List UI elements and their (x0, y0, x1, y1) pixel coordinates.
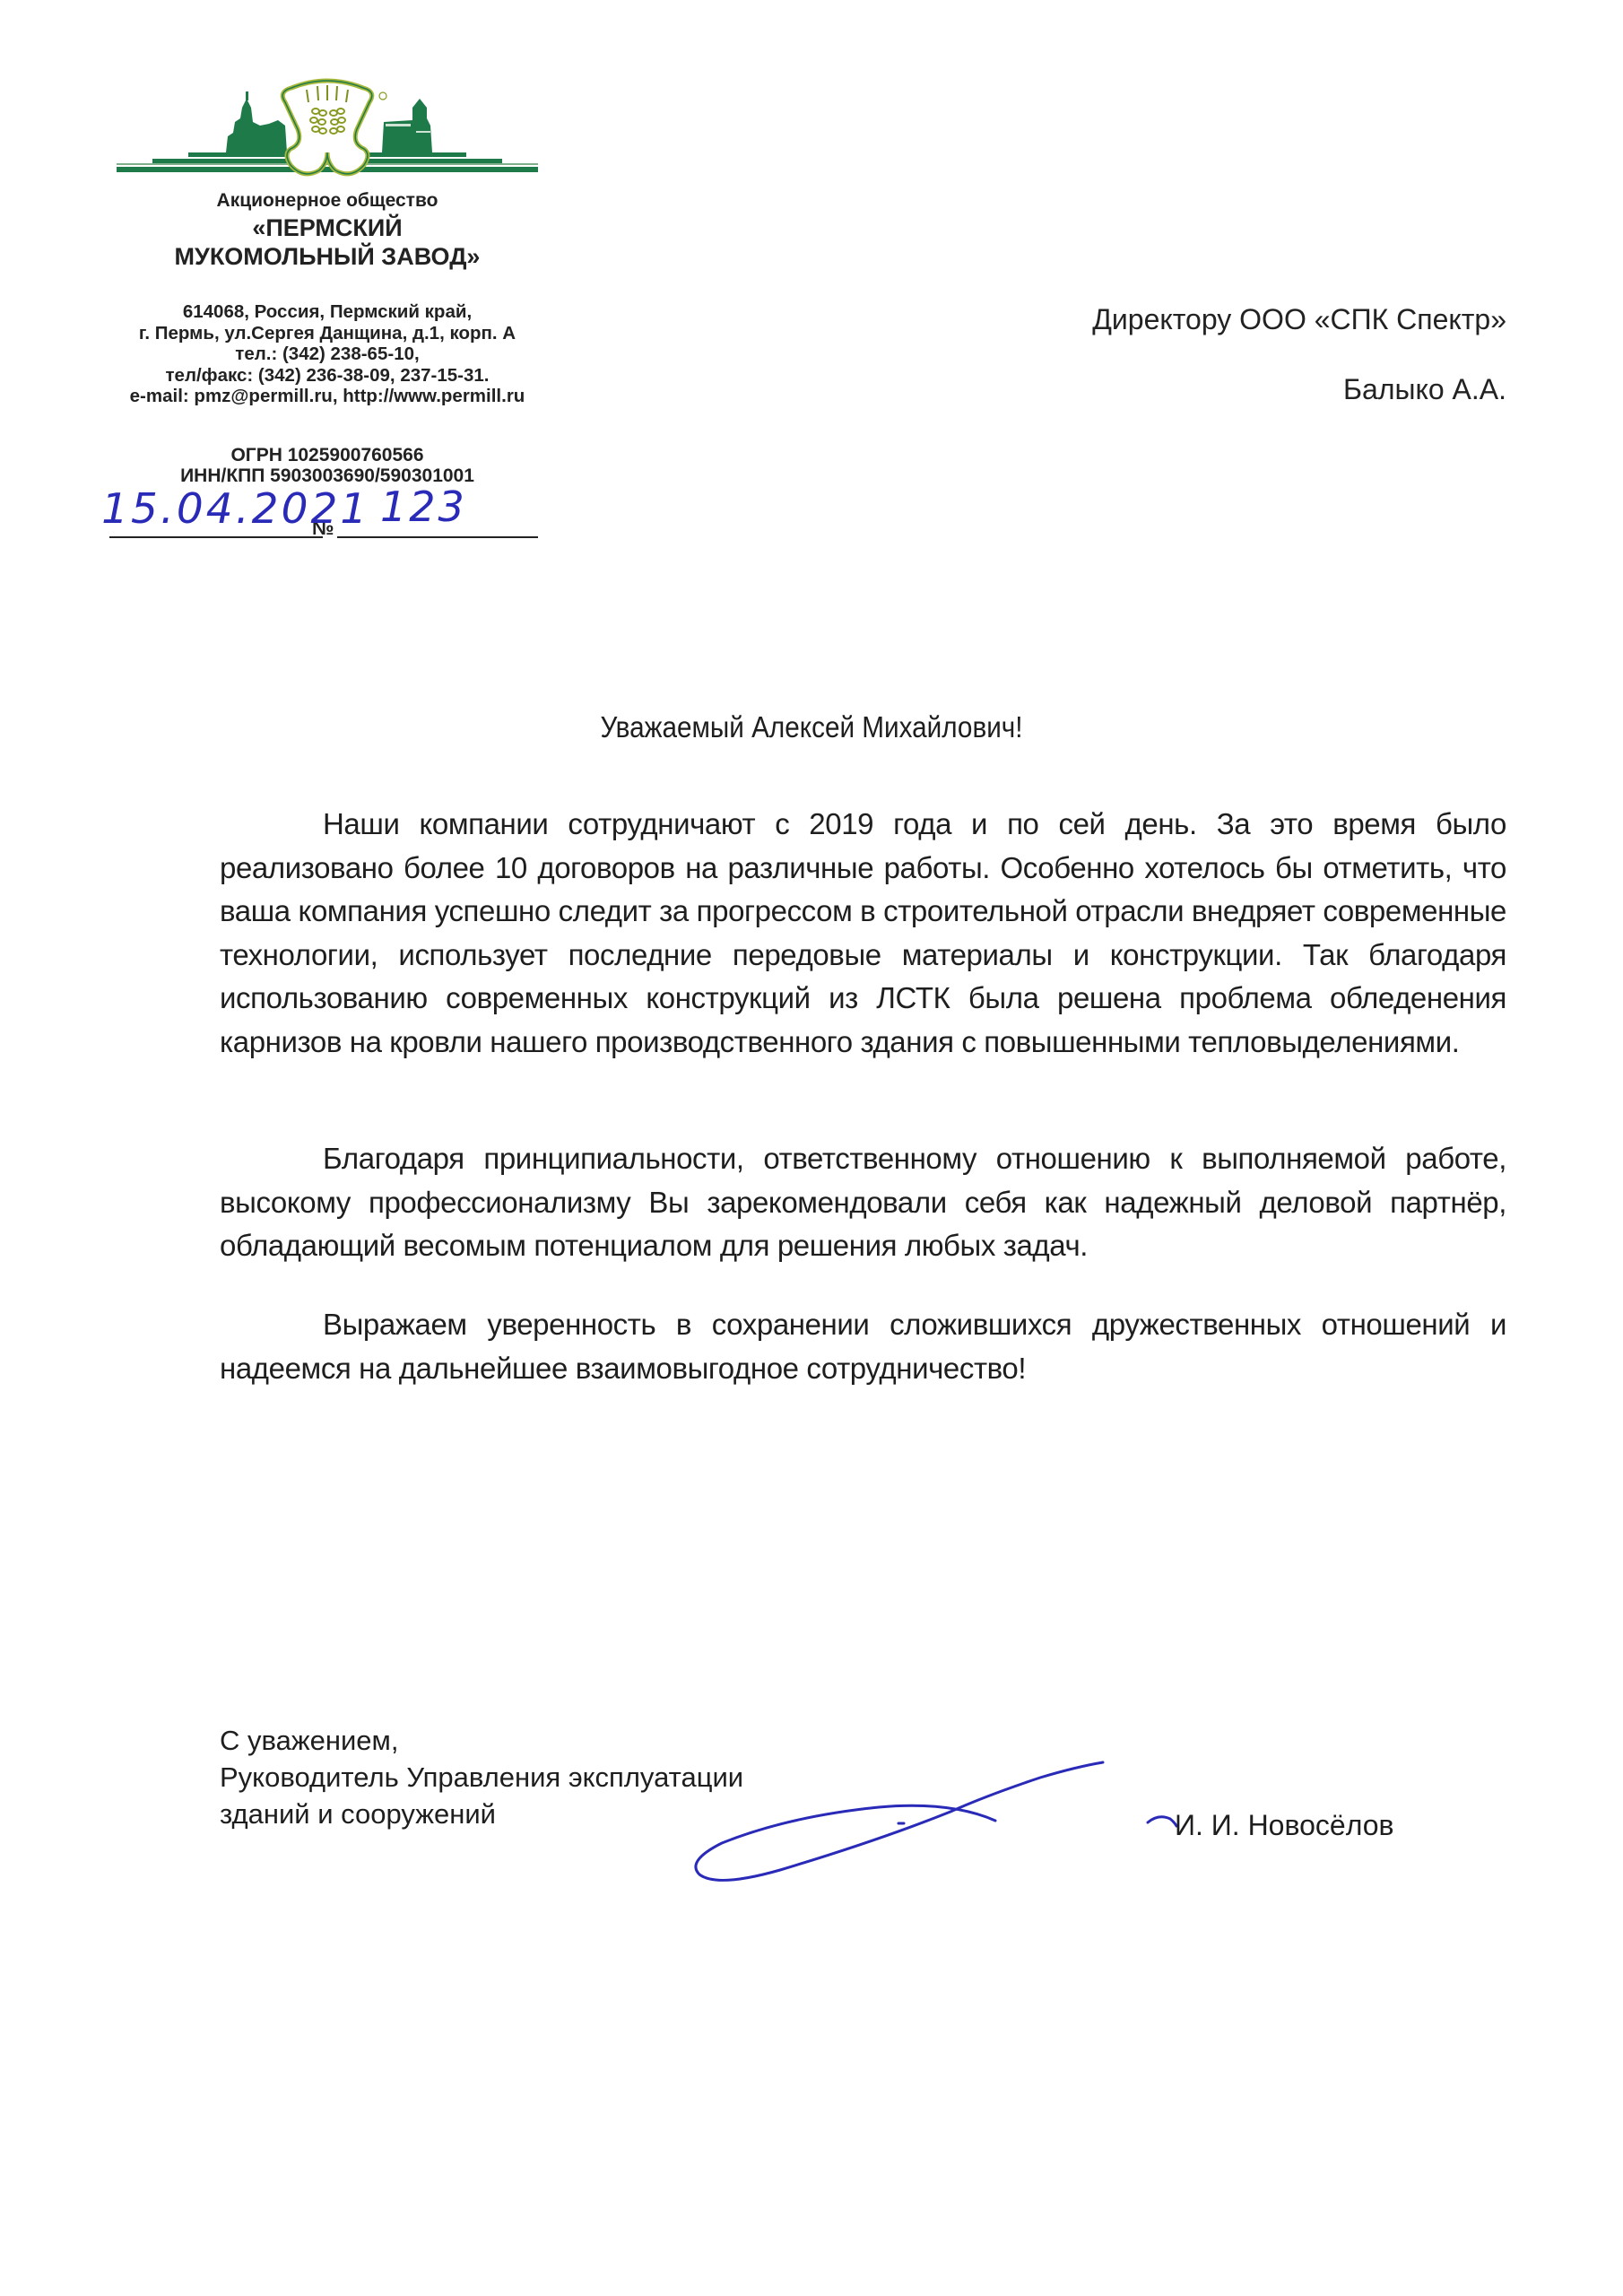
org-name-line2: МУКОМОЛЬНЫЙ ЗАВОД» (99, 242, 556, 271)
paragraph-3: Выражаем уверенность в сохранении сложив… (220, 1303, 1506, 1390)
ogrn: ОГРН 1025900760566 (99, 445, 556, 465)
closing-regards: С уважением, (220, 1722, 743, 1759)
org-registration: ОГРН 1025900760566 ИНН/КПП 5903003690/59… (99, 445, 556, 486)
addressee-position: Директору ООО «СПК Спектр» (1092, 303, 1506, 336)
handwritten-number: 123 (380, 483, 467, 531)
fax: тел/факс: (342) 236-38-09, 237-15-31. (99, 365, 556, 387)
paragraph-1: Наши компании сотрудничают с 2019 года и… (220, 803, 1506, 1064)
registration-field: № 15.04.2021 123 (109, 484, 540, 547)
number-underline (337, 536, 538, 538)
paragraph-text: Выражаем уверенность в сохранении сложив… (220, 1303, 1506, 1390)
phone: тел.: (342) 238-65-10, (99, 344, 556, 365)
salutation: Уважаемый Алексей Михайлович! (82, 710, 1542, 744)
signature-icon (681, 1758, 1184, 1883)
paragraph-text: Наши компании сотрудничают с 2019 года и… (220, 803, 1506, 1064)
addressee-name: Балыко А.А. (1343, 373, 1506, 406)
paragraph-text: Благодаря принципиальности, ответственно… (220, 1137, 1506, 1268)
org-name-line1: «ПЕРМСКИЙ (99, 213, 556, 242)
paragraph-2: Благодаря принципиальности, ответственно… (220, 1137, 1506, 1268)
company-logo-icon (117, 72, 538, 188)
handwritten-date: 15.04.2021 (101, 484, 369, 533)
signer-title-line1: Руководитель Управления эксплуатации (220, 1759, 743, 1796)
date-underline (109, 536, 323, 538)
inn-kpp: ИНН/КПП 5903003690/590301001 (99, 465, 556, 486)
org-name: «ПЕРМСКИЙ МУКОМОЛЬНЫЙ ЗАВОД» (99, 213, 556, 271)
contacts: e-mail: pmz@permill.ru, http://www.permi… (99, 386, 556, 407)
closing-block: С уважением, Руководитель Управления экс… (220, 1722, 743, 1832)
address-line1: 614068, Россия, Пермский край, (99, 301, 556, 323)
signer-name: И. И. Новосёлов (1175, 1809, 1394, 1842)
signer-title-line2: зданий и сооружений (220, 1796, 743, 1832)
org-address: 614068, Россия, Пермский край, г. Пермь,… (99, 301, 556, 407)
org-type: Акционерное общество (99, 188, 556, 213)
address-line2: г. Пермь, ул.Сергея Данщина, д.1, корп. … (99, 323, 556, 344)
